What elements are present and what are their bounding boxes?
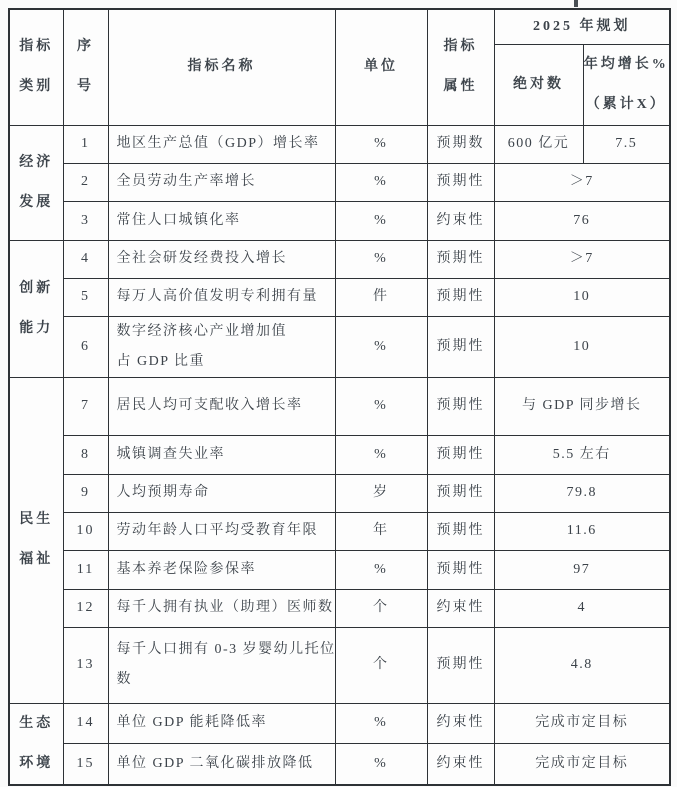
indicator-unit: 件 [335, 278, 427, 316]
indicator-name: 单位 GDP 二氧化碳排放降低 [108, 744, 335, 785]
indicator-attribute: 预期性 [427, 278, 494, 316]
row-no: 1 [63, 125, 108, 163]
row-no: 7 [63, 377, 108, 435]
indicator-value: 11.6 [494, 512, 670, 550]
row-no: 6 [63, 316, 108, 377]
row-no: 14 [63, 703, 108, 744]
row-no: 9 [63, 474, 108, 512]
table-row: 15 单位 GDP 二氧化碳排放降低 % 约束性 完成市定目标 [9, 744, 670, 785]
indicator-unit: % [335, 435, 427, 474]
indicator-unit: % [335, 744, 427, 785]
row-no: 2 [63, 163, 108, 201]
table-row: 13 每千人口拥有 0-3 岁婴幼儿托位 数 个 预期性 4.8 [9, 627, 670, 703]
indicator-attribute: 约束性 [427, 744, 494, 785]
indicator-unit: % [335, 316, 427, 377]
indicator-attribute: 预期性 [427, 435, 494, 474]
indicator-name: 劳动年龄人口平均受教育年限 [108, 512, 335, 550]
indicator-value: ＞7 [494, 163, 670, 201]
indicator-name: 常住人口城镇化率 [108, 201, 335, 240]
category-livelihood: 民生 福祉 [9, 377, 63, 703]
table-row: 经济 发展 1 地区生产总值（GDP）增长率 % 预期数 600 亿元 7.5 [9, 125, 670, 163]
row-no: 12 [63, 589, 108, 627]
indicator-name: 每千人口拥有 0-3 岁婴幼儿托位 数 [108, 627, 335, 703]
indicator-name: 单位 GDP 能耗降低率 [108, 703, 335, 744]
indicator-unit: 个 [335, 627, 427, 703]
table-row: 5 每万人高价值发明专利拥有量 件 预期性 10 [9, 278, 670, 316]
indicator-value: 完成市定目标 [494, 744, 670, 785]
indicator-name: 全社会研发经费投入增长 [108, 240, 335, 278]
indicator-name: 城镇调查失业率 [108, 435, 335, 474]
table-row: 生态 环境 14 单位 GDP 能耗降低率 % 约束性 完成市定目标 [9, 703, 670, 744]
indicator-attribute: 预期性 [427, 512, 494, 550]
indicator-unit: 年 [335, 512, 427, 550]
indicator-value: 97 [494, 550, 670, 589]
header-unit: 单位 [335, 9, 427, 125]
header-attribute: 指标 属性 [427, 9, 494, 125]
row-no: 5 [63, 278, 108, 316]
table-row: 3 常住人口城镇化率 % 约束性 76 [9, 201, 670, 240]
indicator-value: 完成市定目标 [494, 703, 670, 744]
indicator-name: 人均预期寿命 [108, 474, 335, 512]
indicator-unit: 岁 [335, 474, 427, 512]
indicator-attribute: 约束性 [427, 703, 494, 744]
indicator-unit: % [335, 125, 427, 163]
indicator-unit: % [335, 703, 427, 744]
indicator-value: 5.5 左右 [494, 435, 670, 474]
indicator-name: 地区生产总值（GDP）增长率 [108, 125, 335, 163]
indicator-value: ＞7 [494, 240, 670, 278]
indicator-attribute: 预期性 [427, 550, 494, 589]
indicator-absolute: 600 亿元 [494, 125, 583, 163]
table-row: 民生 福祉 7 居民人均可支配收入增长率 % 预期性 与 GDP 同步增长 [9, 377, 670, 435]
indicator-name: 全员劳动生产率增长 [108, 163, 335, 201]
indicator-unit: % [335, 163, 427, 201]
indicator-value: 4.8 [494, 627, 670, 703]
indicator-value: 与 GDP 同步增长 [494, 377, 670, 435]
row-no: 10 [63, 512, 108, 550]
indicator-attribute: 预期数 [427, 125, 494, 163]
indicator-attribute: 预期性 [427, 474, 494, 512]
row-no: 15 [63, 744, 108, 785]
row-no: 13 [63, 627, 108, 703]
indicator-attribute: 预期性 [427, 240, 494, 278]
indicator-name: 基本养老保险参保率 [108, 550, 335, 589]
table-row: 10 劳动年龄人口平均受教育年限 年 预期性 11.6 [9, 512, 670, 550]
indicator-value: 76 [494, 201, 670, 240]
category-economy: 经济 发展 [9, 125, 63, 240]
indicator-name: 每千人拥有执业（助理）医师数 [108, 589, 335, 627]
table-row: 创新 能力 4 全社会研发经费投入增长 % 预期性 ＞7 [9, 240, 670, 278]
indicator-name: 数字经济核心产业增加值 占 GDP 比重 [108, 316, 335, 377]
cursor-artifact-tick [574, 0, 578, 7]
indicator-name: 每万人高价值发明专利拥有量 [108, 278, 335, 316]
row-no: 3 [63, 201, 108, 240]
indicator-attribute: 约束性 [427, 589, 494, 627]
table-row: 12 每千人拥有执业（助理）医师数 个 约束性 4 [9, 589, 670, 627]
indicator-attribute: 预期性 [427, 627, 494, 703]
indicator-unit: % [335, 550, 427, 589]
indicator-unit: % [335, 377, 427, 435]
indicator-unit: % [335, 240, 427, 278]
indicator-name: 居民人均可支配收入增长率 [108, 377, 335, 435]
indicator-value: 4 [494, 589, 670, 627]
header-growth: 年均增长% （累计X） [583, 44, 670, 125]
indicator-attribute: 预期性 [427, 316, 494, 377]
indicator-unit: 个 [335, 589, 427, 627]
indicator-value: 79.8 [494, 474, 670, 512]
indicators-table: 指标 类别 序 号 指标名称 单位 指标 属性 2025 年规划 绝对数 年均增… [8, 8, 671, 786]
indicator-unit: % [335, 201, 427, 240]
indicator-attribute: 预期性 [427, 163, 494, 201]
header-category: 指标 类别 [9, 9, 63, 125]
indicator-value: 10 [494, 316, 670, 377]
indicator-attribute: 约束性 [427, 201, 494, 240]
table-row: 9 人均预期寿命 岁 预期性 79.8 [9, 474, 670, 512]
table-row: 8 城镇调查失业率 % 预期性 5.5 左右 [9, 435, 670, 474]
row-no: 11 [63, 550, 108, 589]
header-absolute: 绝对数 [494, 44, 583, 125]
table-row: 6 数字经济核心产业增加值 占 GDP 比重 % 预期性 10 [9, 316, 670, 377]
header-index: 序 号 [63, 9, 108, 125]
row-no: 8 [63, 435, 108, 474]
indicator-growth: 7.5 [583, 125, 670, 163]
category-ecology: 生态 环境 [9, 703, 63, 785]
header-plan-2025: 2025 年规划 [494, 9, 670, 44]
indicator-attribute: 预期性 [427, 377, 494, 435]
table-row: 11 基本养老保险参保率 % 预期性 97 [9, 550, 670, 589]
header-name: 指标名称 [108, 9, 335, 125]
table-row: 2 全员劳动生产率增长 % 预期性 ＞7 [9, 163, 670, 201]
indicator-value: 10 [494, 278, 670, 316]
row-no: 4 [63, 240, 108, 278]
category-innovation: 创新 能力 [9, 240, 63, 377]
